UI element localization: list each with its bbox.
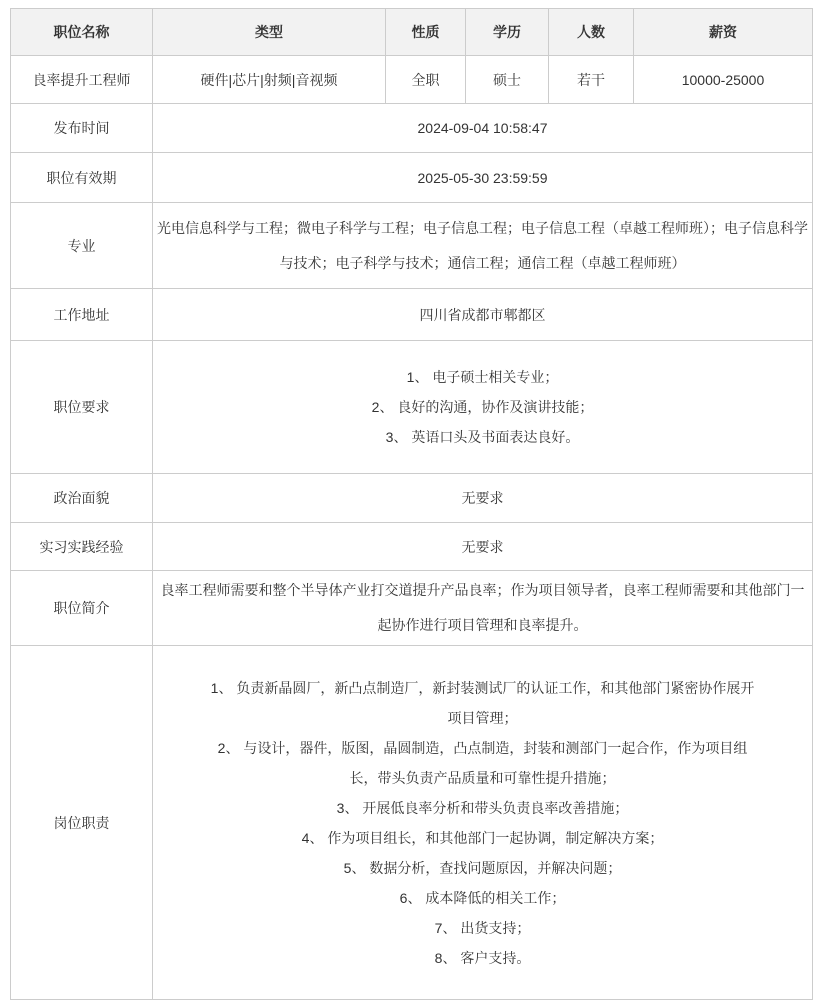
header-position-name: 职位名称: [11, 9, 153, 56]
duty-item: 6、 成本降低的相关工作；: [208, 883, 757, 913]
job-intro-label: 职位简介: [11, 571, 153, 646]
row-work-address: 工作地址 四川省成都市郫都区: [11, 289, 813, 341]
requirements-label: 职位要求: [11, 341, 153, 474]
political-status-text: 无要求: [157, 483, 808, 513]
job-detail-page: 职位名称 类型 性质 学历 人数 薪资 良率提升工程师 硬件|芯片|射频|音视频…: [0, 0, 814, 1000]
publish-time-value: 2024-09-04 10:58:47: [153, 104, 813, 153]
duty-item: 1、 负责新晶圆厂，新凸点制造厂，新封装测试厂的认证工作，和其他部门紧密协作展开…: [208, 673, 757, 733]
row-majors: 专业 光电信息科学与工程；微电子科学与工程；电子信息工程；电子信息工程（卓越工程…: [11, 203, 813, 289]
row-requirements: 职位要求 1、 电子硕士相关专业； 2、 良好的沟通，协作及演讲技能； 3、 英…: [11, 341, 813, 474]
duties-label: 岗位职责: [11, 646, 153, 1000]
internship-experience-label: 实习实践经验: [11, 523, 153, 571]
job-intro-value: 良率工程师需要和整个半导体产业打交道提升产品良率；作为项目领导者，良率工程师需要…: [153, 571, 813, 646]
requirement-item: 2、 良好的沟通，协作及演讲技能；: [157, 392, 808, 422]
job-education: 硕士: [466, 56, 549, 104]
valid-until-label: 职位有效期: [11, 153, 153, 203]
job-nature: 全职: [386, 56, 466, 104]
duty-item: 8、 客户支持。: [208, 943, 757, 973]
job-summary-row: 良率提升工程师 硬件|芯片|射频|音视频 全职 硕士 若干 10000-2500…: [11, 56, 813, 104]
job-type: 硬件|芯片|射频|音视频: [153, 56, 386, 104]
job-name: 良率提升工程师: [11, 56, 153, 104]
row-job-intro: 职位简介 良率工程师需要和整个半导体产业打交道提升产品良率；作为项目领导者，良率…: [11, 571, 813, 646]
job-detail-table: 职位名称 类型 性质 学历 人数 薪资 良率提升工程师 硬件|芯片|射频|音视频…: [10, 8, 813, 1000]
duty-item: 2、 与设计，器件，版图，晶圆制造，凸点制造，封装和测部门一起合作，作为项目组长…: [208, 733, 757, 793]
job-intro-text: 良率工程师需要和整个半导体产业打交道提升产品良率；作为项目领导者，良率工程师需要…: [157, 573, 808, 643]
job-headcount: 若干: [549, 56, 634, 104]
row-duties: 岗位职责 1、 负责新晶圆厂，新凸点制造厂，新封装测试厂的认证工作，和其他部门紧…: [11, 646, 813, 1000]
header-type: 类型: [153, 9, 386, 56]
political-status-value: 无要求: [153, 474, 813, 523]
political-status-label: 政治面貌: [11, 474, 153, 523]
duty-item: 4、 作为项目组长，和其他部门一起协调，制定解决方案；: [208, 823, 757, 853]
duty-item: 3、 开展低良率分析和带头负责良率改善措施；: [208, 793, 757, 823]
majors-value: 光电信息科学与工程；微电子科学与工程；电子信息工程；电子信息工程（卓越工程师班）…: [153, 203, 813, 289]
duty-item: 7、 出货支持；: [208, 913, 757, 943]
header-education: 学历: [466, 9, 549, 56]
publish-time-label: 发布时间: [11, 104, 153, 153]
internship-experience-value: 无要求: [153, 523, 813, 571]
row-political-status: 政治面貌 无要求: [11, 474, 813, 523]
table-header-row: 职位名称 类型 性质 学历 人数 薪资: [11, 9, 813, 56]
majors-label: 专业: [11, 203, 153, 289]
row-publish-time: 发布时间 2024-09-04 10:58:47: [11, 104, 813, 153]
publish-time-text: 2024-09-04 10:58:47: [157, 113, 808, 143]
valid-until-text: 2025-05-30 23:59:59: [157, 163, 808, 193]
job-salary: 10000-25000: [634, 56, 813, 104]
row-valid-until: 职位有效期 2025-05-30 23:59:59: [11, 153, 813, 203]
duty-item: 5、 数据分析，查找问题原因，并解决问题；: [208, 853, 757, 883]
work-address-text: 四川省成都市郫都区: [157, 300, 808, 330]
row-internship-experience: 实习实践经验 无要求: [11, 523, 813, 571]
header-salary: 薪资: [634, 9, 813, 56]
duties-value: 1、 负责新晶圆厂，新凸点制造厂，新封装测试厂的认证工作，和其他部门紧密协作展开…: [153, 646, 813, 1000]
requirement-item: 3、 英语口头及书面表达良好。: [157, 422, 808, 452]
header-nature: 性质: [386, 9, 466, 56]
valid-until-value: 2025-05-30 23:59:59: [153, 153, 813, 203]
work-address-label: 工作地址: [11, 289, 153, 341]
header-headcount: 人数: [549, 9, 634, 56]
majors-text: 光电信息科学与工程；微电子科学与工程；电子信息工程；电子信息工程（卓越工程师班）…: [157, 211, 808, 281]
work-address-value: 四川省成都市郫都区: [153, 289, 813, 341]
requirements-value: 1、 电子硕士相关专业； 2、 良好的沟通，协作及演讲技能； 3、 英语口头及书…: [153, 341, 813, 474]
requirement-item: 1、 电子硕士相关专业；: [157, 362, 808, 392]
internship-experience-text: 无要求: [157, 532, 808, 562]
